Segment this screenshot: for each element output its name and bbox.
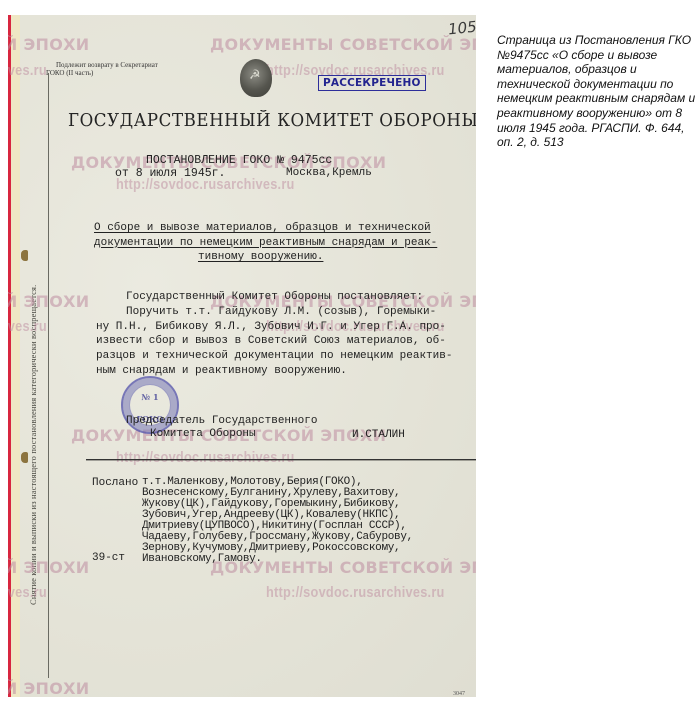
subject-line: О сборе и вывозе материалов, образцов и …	[94, 221, 437, 236]
resolution-date: от 8 июля 1945г.	[115, 167, 225, 180]
watermark: ОЙ ЭПОХИ	[8, 679, 89, 697]
chairman-line: Председатель Государственного	[126, 415, 317, 428]
ussr-emblem-icon: ☭	[240, 59, 272, 97]
watermark: ДОКУМЕНТЫ СОВЕТСКОЙ ЭПОХИ	[210, 35, 476, 54]
page-number: 105	[447, 18, 476, 39]
archive-number: 3047	[453, 691, 465, 697]
resolution-number: ПОСТАНОВЛЕНИЕ ГОКО № 9475сс	[146, 154, 332, 167]
image-caption: Страница из Постановления ГКО №9475сс «О…	[497, 33, 697, 150]
reference-code: 39-ст	[92, 552, 125, 564]
document-title: ГОСУДАРСТВЕННЫЙ КОМИТЕТ ОБОРОНЫ	[68, 111, 476, 131]
watermark: ОЙ ЭПОХИ	[8, 35, 89, 54]
margin-line	[48, 73, 49, 678]
return-note: Подлежит возврату в Секретариат ГОКО (II…	[46, 61, 158, 77]
subject-line: тивному вооружению.	[94, 250, 437, 265]
resolution-place: Москва,Кремль	[286, 167, 372, 179]
resolution-subject: О сборе и вывозе материалов, образцов и …	[94, 221, 437, 265]
watermark: ОЙ ЭПОХИ	[8, 292, 89, 311]
signer-name: И.СТАЛИН	[352, 429, 405, 441]
punch-hole	[21, 250, 28, 261]
body-line: разцов и технической документации по нем…	[96, 349, 452, 364]
return-note-line: ГОКО (II часть)	[46, 69, 93, 77]
body-line: Поручить т.т. Гайдукову Л.М. (созыв), Го…	[96, 305, 452, 320]
body-line: извести сбор и вывоз в Советский Союз ма…	[96, 334, 452, 349]
chairman-line: Комитета Обороны	[126, 428, 317, 441]
watermark-url: ives.ru	[8, 318, 47, 335]
punch-hole	[21, 452, 28, 463]
return-note-line: Подлежит возврату в Секретариат	[46, 61, 158, 69]
body-line: ну П.Н., Бибикову Я.Л., Зубович И.Г. и У…	[96, 320, 452, 335]
watermark-url: http://sovdoc.rusarchives.ru	[116, 449, 295, 466]
distribution-list: т.т.Маленкову,Молотову,Берия(ГОКО), Возн…	[142, 477, 413, 565]
watermark-url: ives.ru	[8, 584, 47, 601]
chairman-title: Председатель Государственного Комитета О…	[126, 415, 317, 440]
declassified-stamp: РАССЕКРЕЧЕНО	[318, 75, 426, 91]
body-line: Государственный Комитет Обороны постанов…	[96, 290, 452, 305]
document-scan: Снятие копии и выписки из настоящего пос…	[8, 15, 476, 697]
separator-line	[86, 459, 476, 460]
watermark: ОЙ ЭПОХИ	[8, 558, 89, 577]
watermark-url: http://sovdoc.rusarchives.ru	[266, 584, 445, 601]
seal-number: № 1	[123, 392, 177, 402]
subject-line: документации по немецким реактивным снар…	[94, 236, 437, 251]
distribution-line: Ивановскому,Гамову.	[142, 554, 413, 565]
sent-label: Послано	[92, 477, 138, 489]
watermark-url: ives.ru	[8, 62, 47, 79]
resolution-body: Государственный Комитет Обороны постанов…	[96, 290, 452, 379]
